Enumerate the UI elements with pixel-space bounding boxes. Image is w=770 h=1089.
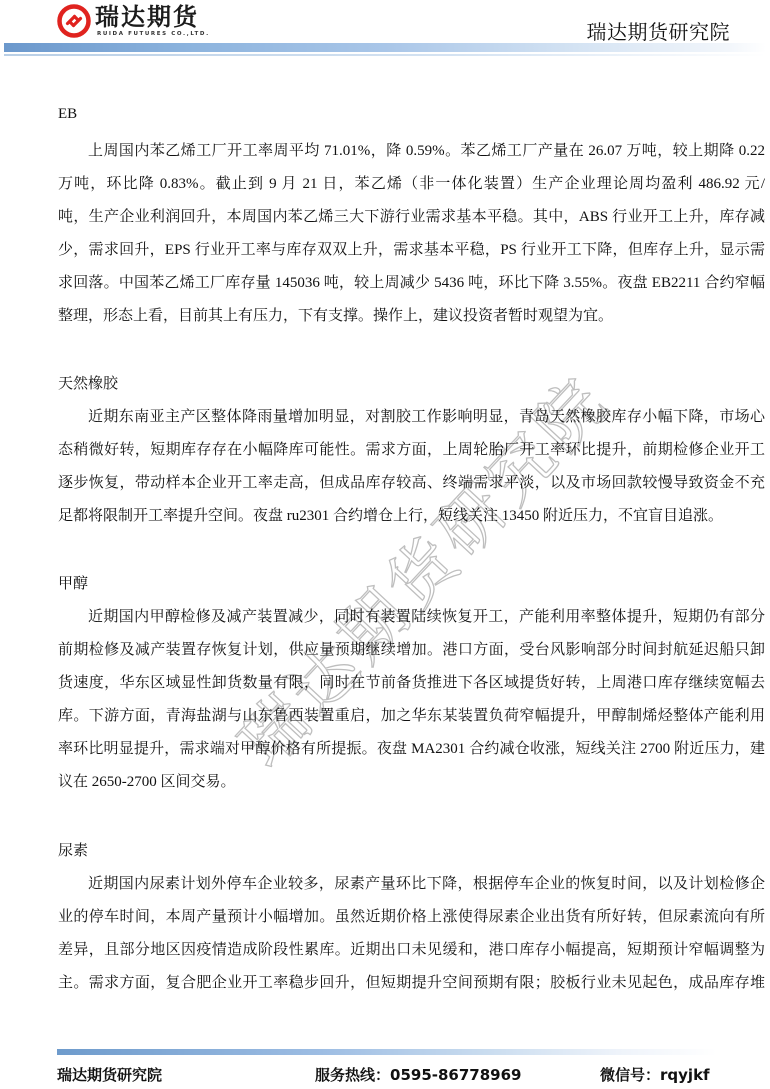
paragraph-line: 上周国内苯乙烯工厂开工率周平均 71.01%，降 0.59%。苯乙烯工厂产量在 …	[88, 139, 765, 160]
paragraph-line: 求回落。中国苯乙烯工厂库存量 145036 吨，较上周减少 5436 吨，环比下…	[58, 271, 765, 292]
paragraph-line: 吨，生产企业利润回升，本周国内苯乙烯三大下游行业需求基本平稳。其中，ABS 行业…	[58, 205, 765, 226]
paragraph-line: 率环比明显提升，需求端对甲醇价格有所提振。夜盘 MA2301 合约减仓收涨，短线…	[58, 737, 765, 758]
paragraph-line: 近期国内甲醇检修及减产装置减少，同时有装置陆续恢复开工，产能利用率整体提升，短期…	[88, 605, 765, 626]
paragraph-line: 差异，且部分地区因疫情造成阶段性累库。近期出口未见缓和，港口库存小幅提高，短期预…	[58, 938, 765, 959]
paragraph-line: 货速度，华东区域显性卸货数量有限，同时在节前备货推进下各区域提货好转，上周港口库…	[58, 671, 765, 692]
logo-chinese-name: 瑞达期货	[95, 4, 210, 30]
footer-org-name: 瑞达期货研究院	[57, 1064, 162, 1085]
paragraph-line: 议在 2650-2700 区间交易。	[58, 770, 765, 791]
paragraph-line: 整理，形态上看，目前其上有压力，下有支撑。操作上，建议投资者暂时观望为宜。	[58, 304, 765, 325]
company-logo: 瑞达期货 RUIDA FUTURES CO.,LTD.	[57, 4, 210, 42]
page-header: 瑞达期货 RUIDA FUTURES CO.,LTD. 瑞达期货研究院	[0, 0, 770, 60]
hotline-number: 0595-86778969	[390, 1066, 521, 1084]
paragraph-line: 足都将限制开工率提升空间。夜盘 ru2301 合约增仓上行，短线关注 13450…	[58, 504, 765, 525]
paragraph-line: 少，需求回升，EPS 行业开工率与库存双双上升，需求基本平稳，PS 行业开工下降…	[58, 238, 765, 259]
footer-gradient-bar	[57, 1049, 717, 1055]
logo-english-name: RUIDA FUTURES CO.,LTD.	[97, 30, 210, 38]
paragraph-line: 万吨，环比降 0.83%。截止到 9 月 21 日，苯乙烯（非一体化装置）生产企…	[58, 172, 765, 193]
section-heading-natural-rubber: 天然橡胶	[58, 372, 118, 393]
paragraph-line: 近期国内尿素计划外停车企业较多，尿素产量环比下降，根据停车企业的恢复时间，以及计…	[88, 872, 765, 893]
section-heading-urea: 尿素	[58, 839, 88, 860]
section-heading-methanol: 甲醇	[58, 572, 88, 593]
header-divider	[4, 54, 766, 56]
footer-hotline: 服务热线：0595-86778969	[315, 1064, 522, 1085]
footer-wechat: 微信号：rqyjkf	[600, 1064, 710, 1085]
header-gradient-bar	[4, 43, 766, 52]
hotline-label: 服务热线：	[315, 1066, 390, 1084]
paragraph-line: 前期检修及减产装置存恢复计划，供应量预期继续增加。港口方面，受台风影响部分时间封…	[58, 638, 765, 659]
section-heading-eb: EB	[58, 106, 77, 123]
paragraph-line: 态稍微好转，短期库存存在小幅降库可能性。需求方面，上周轮胎厂开工率环比提升，前期…	[58, 438, 765, 459]
paragraph-line: 主。需求方面，复合肥企业开工率稳步回升，但短期提升空间预期有限；胶板行业未见起色…	[58, 971, 765, 992]
paragraph-line: 业的停车时间，本周产量预计小幅增加。虽然近期价格上涨使得尿素企业出货有所好转，但…	[58, 905, 765, 926]
paragraph-line: 库。下游方面，青海盐湖与山东鲁西装置重启，加之华东某装置负荷窄幅提升，甲醇制烯烃…	[58, 704, 765, 725]
page-footer: 瑞达期货研究院 服务热线：0595-86778969 微信号：rqyjkf	[0, 1064, 770, 1086]
paragraph-line: 逐步恢复，带动样本企业开工率走高，但成品库存较高、终端需求平淡，以及市场回款较慢…	[58, 471, 765, 492]
wechat-id: rqyjkf	[660, 1066, 710, 1084]
ruida-logo-icon	[57, 4, 91, 38]
paragraph-line: 近期东南亚主产区整体降雨量增加明显，对割胶工作影响明显，青岛天然橡胶库存小幅下降…	[88, 405, 765, 426]
wechat-label: 微信号：	[600, 1066, 660, 1084]
header-institute-title: 瑞达期货研究院	[587, 16, 731, 45]
